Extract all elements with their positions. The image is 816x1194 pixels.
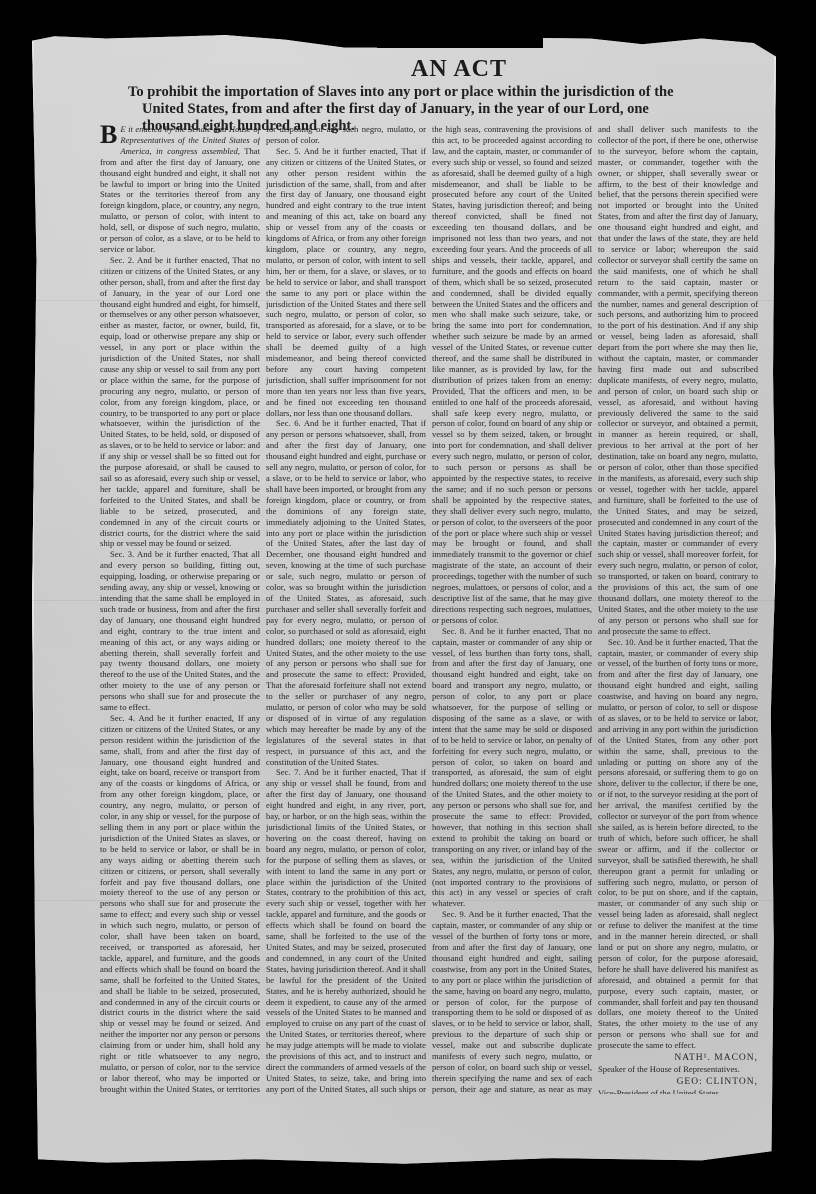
section-1-text: That from and after the first day of Jan… bbox=[100, 146, 260, 254]
column-1: BE it enacted by the Senate and House of… bbox=[100, 124, 260, 1094]
act-heading: AN ACT bbox=[104, 56, 684, 82]
text-columns: BE it enacted by the Senate and House of… bbox=[100, 124, 748, 1094]
speaker-name: NATH¹. MACON, bbox=[598, 1053, 758, 1064]
column-4: and shall deliver such manifests to the … bbox=[598, 124, 758, 1094]
section-7-continued: the high seas, contravening the provisio… bbox=[432, 124, 592, 626]
section-3: Sec. 3. And be it further enacted, That … bbox=[100, 549, 260, 713]
torn-paper-edge bbox=[377, 34, 543, 48]
enacting-clause: BE it enacted by the Senate and House of… bbox=[100, 124, 260, 255]
section-6: Sec. 6. And be it further enacted, That … bbox=[266, 418, 426, 767]
section-4-continued: for disposing of any such negro, mulatto… bbox=[266, 124, 426, 146]
section-2: Sec. 2. And be it further enacted, That … bbox=[100, 255, 260, 549]
section-5: Sec. 5. And be it further enacted, That … bbox=[266, 146, 426, 419]
section-10: Sec. 10. And be it further enacted, That… bbox=[598, 637, 758, 1051]
drop-cap: B bbox=[100, 124, 117, 146]
section-7: Sec. 7. And be it further enacted, That … bbox=[266, 767, 426, 1094]
speaker-title: Speaker of the House of Representatives. bbox=[598, 1064, 758, 1075]
section-4: Sec. 4. And be it further enacted, If an… bbox=[100, 713, 260, 1094]
section-9-continued: and shall deliver such manifests to the … bbox=[598, 124, 758, 637]
section-8: Sec. 8. And be it further enacted, That … bbox=[432, 626, 592, 910]
signature-block: NATH¹. MACON, Speaker of the House of Re… bbox=[598, 1053, 758, 1094]
column-2: for disposing of any such negro, mulatto… bbox=[266, 124, 426, 1094]
column-3: the high seas, contravening the provisio… bbox=[432, 124, 592, 1094]
section-9: Sec. 9. And be it further enacted, That … bbox=[432, 909, 592, 1094]
vice-president-name: GEO: CLINTON, bbox=[598, 1077, 758, 1088]
vice-president-title: Vice-President of the United States, bbox=[598, 1088, 758, 1094]
